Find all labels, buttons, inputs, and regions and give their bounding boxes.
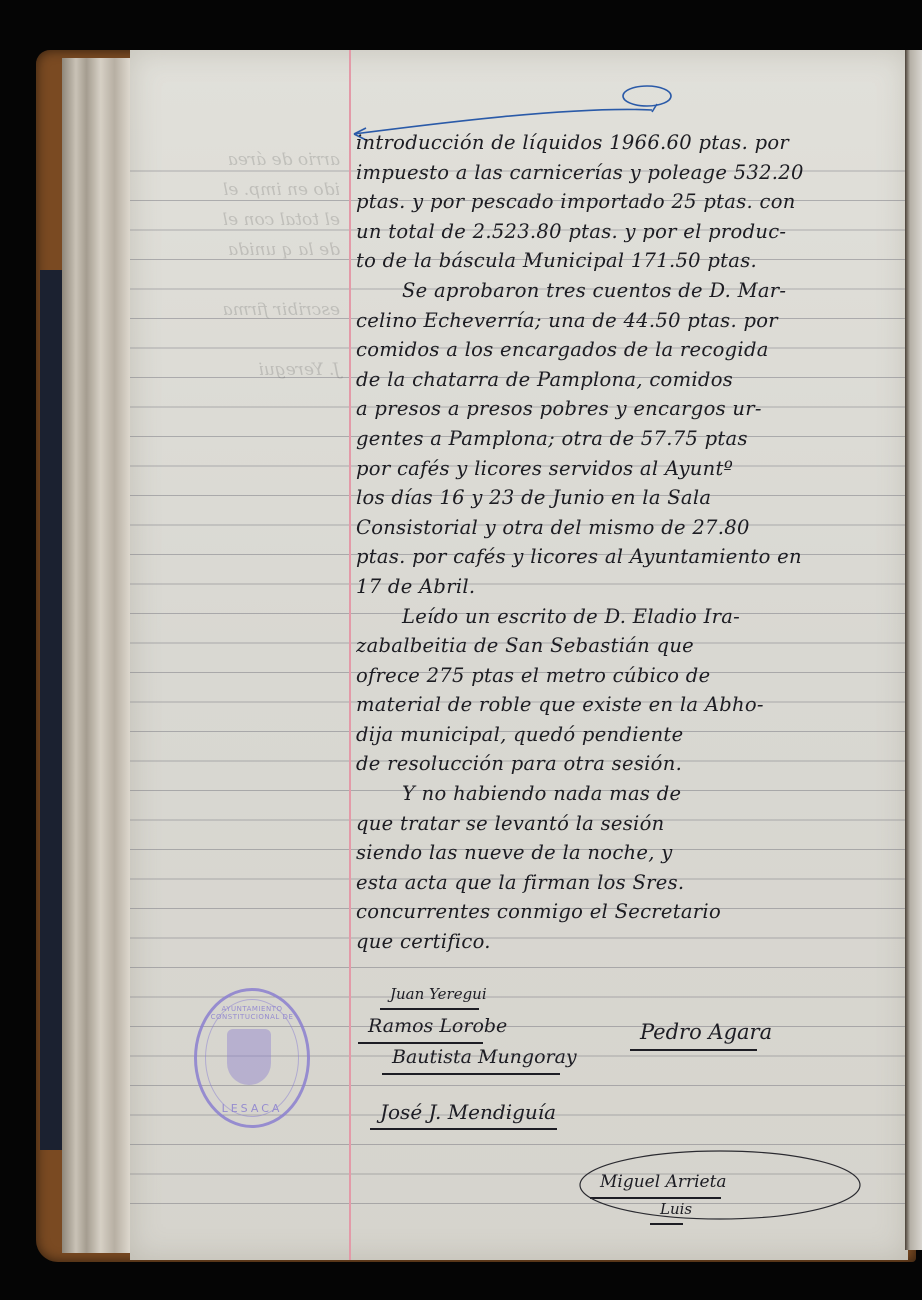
text-line: siendo las nueve de la noche, y [356, 838, 904, 868]
text-line: Leído un escrito de D. Eladio Ira- [356, 602, 904, 632]
text-line: ptas. por cafés y licores al Ayuntamient… [356, 542, 904, 572]
text-line: celino Echeverría; una de 44.50 ptas. po… [356, 306, 904, 336]
bleed-line: el total con el [150, 210, 340, 230]
coat-of-arms-icon [227, 1029, 271, 1085]
text-line: a presos a presos pobres y encargos ur- [356, 394, 904, 424]
text-line: introducción de líquidos 1966.60 ptas. p… [356, 128, 904, 158]
signature: Bautista Mungoray [392, 1046, 577, 1068]
signature-underline [380, 1008, 479, 1010]
text-line: material de roble que existe en la Abho- [356, 690, 904, 720]
text-line: comidos a los encargados de la recogida [356, 335, 904, 365]
text-line: que certifico. [356, 927, 904, 957]
text-line: Y no habiendo nada mas de [356, 779, 904, 809]
bleed-line: escribir firma [150, 300, 340, 320]
signature-underline [370, 1128, 557, 1130]
text-line: de la chatarra de Pamplona, comidos [356, 365, 904, 395]
stamp-bottom-text: LESACA [197, 1102, 307, 1115]
text-line: de resolucción para otra sesión. [356, 749, 904, 779]
minutes-text: introducción de líquidos 1966.60 ptas. p… [356, 128, 904, 957]
text-line: Consistorial y otra del mismo de 27.80 [356, 513, 904, 543]
bleed-line: arrio de área [150, 150, 340, 170]
bleed-line: J. Yeregui [150, 360, 340, 380]
municipal-stamp: AYUNTAMIENTO CONSTITUCIONAL DE LESACA [194, 988, 310, 1128]
text-line: impuesto a las carnicerías y poleage 532… [356, 158, 904, 188]
stamp-top-text: AYUNTAMIENTO CONSTITUCIONAL DE [197, 1005, 307, 1021]
text-line: un total de 2.523.80 ptas. y por el prod… [356, 217, 904, 247]
signature: Juan Yeregui [390, 985, 487, 1003]
page-stack-edge [62, 58, 132, 1253]
text-line: que tratar se levantó la sesión [356, 809, 904, 839]
text-line: concurrentes conmigo el Secretario [356, 897, 904, 927]
text-line: 17 de Abril. [356, 572, 904, 602]
signature: Ramos Lorobe [368, 1015, 507, 1037]
signature-underline [630, 1049, 757, 1051]
text-line: los días 16 y 23 de Junio en la Sala [356, 483, 904, 513]
text-line: ptas. y por pescado importado 25 ptas. c… [356, 187, 904, 217]
signature: Pedro Agara [640, 1020, 772, 1044]
text-line: ofrece 275 ptas el metro cúbico de [356, 661, 904, 691]
signature-underline [382, 1073, 560, 1075]
text-line: por cafés y licores servidos al Ayuntº [356, 454, 904, 484]
ledger-page: arrio de áreaido en imp. elel total con … [130, 50, 908, 1260]
text-line: gentes a Pamplona; otra de 57.75 ptas [356, 424, 904, 454]
signature: José J. Mendiguía [380, 1100, 556, 1124]
bleed-line: ido en imp. el [150, 180, 340, 200]
text-line: dija municipal, quedó pendiente [356, 720, 904, 750]
signature-flourish-icon [570, 1145, 870, 1225]
text-line: zabalbeitia de San Sebastián que [356, 631, 904, 661]
margin-rule [349, 50, 351, 1260]
signature-underline [358, 1042, 483, 1044]
text-line: Se aprobaron tres cuentos de D. Mar- [356, 276, 904, 306]
right-page-edge [905, 50, 922, 1250]
bleed-line: de la q unida [150, 240, 340, 260]
text-line: to de la báscula Municipal 171.50 ptas. [356, 246, 904, 276]
text-line: esta acta que la firman los Sres. [356, 868, 904, 898]
